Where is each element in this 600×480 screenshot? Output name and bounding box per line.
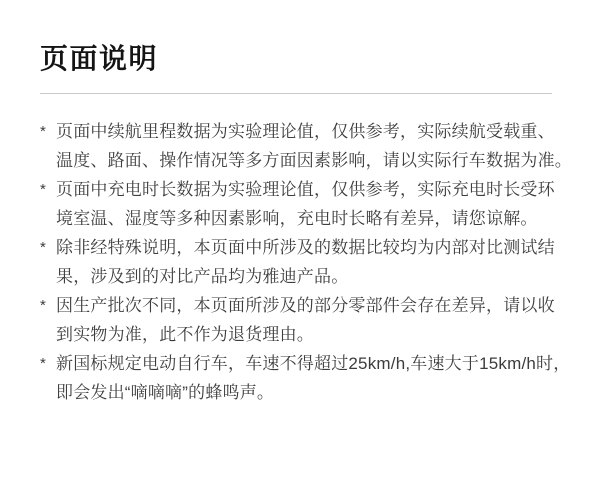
note-text: 页面中充电时长数据为实验理论值，仅供参考，实际充电时长受环 境室温、湿度等多种因… (56, 175, 556, 233)
asterisk-marker: * (40, 175, 56, 204)
note-line: 页面中续航里程数据为实验理论值，仅供参考，实际续航受载重、 (56, 117, 556, 146)
notes-list: * 页面中续航里程数据为实验理论值，仅供参考，实际续航受载重、 温度、路面、操作… (40, 117, 556, 407)
note-line: 果，涉及到的对比产品均为雅迪产品。 (56, 262, 556, 291)
asterisk-marker: * (40, 233, 56, 262)
asterisk-marker: * (40, 349, 56, 378)
note-text: 除非经特殊说明，本页面中所涉及的数据比较均为内部对比测试结 果，涉及到的对比产品… (56, 233, 556, 291)
title-divider (40, 93, 552, 94)
note-text: 因生产批次不同，本页面所涉及的部分零部件会存在差异，请以收 到实物为准，此不作为… (56, 291, 556, 349)
note-item: * 除非经特殊说明，本页面中所涉及的数据比较均为内部对比测试结 果，涉及到的对比… (40, 233, 556, 291)
note-line: 页面中充电时长数据为实验理论值，仅供参考，实际充电时长受环 (56, 175, 556, 204)
note-item: * 页面中续航里程数据为实验理论值，仅供参考，实际续航受载重、 温度、路面、操作… (40, 117, 556, 175)
note-line: 新国标规定电动自行车，车速不得超过25km/h,车速大于15km/h时， (56, 349, 556, 378)
note-line: 除非经特殊说明，本页面中所涉及的数据比较均为内部对比测试结 (56, 233, 556, 262)
note-item: * 页面中充电时长数据为实验理论值，仅供参考，实际充电时长受环 境室温、湿度等多… (40, 175, 556, 233)
note-item: * 新国标规定电动自行车，车速不得超过25km/h,车速大于15km/h时， 即… (40, 349, 556, 407)
note-item: * 因生产批次不同，本页面所涉及的部分零部件会存在差异，请以收 到实物为准，此不… (40, 291, 556, 349)
page-title: 页面说明 (40, 44, 556, 74)
asterisk-marker: * (40, 291, 56, 320)
note-text: 页面中续航里程数据为实验理论值，仅供参考，实际续航受载重、 温度、路面、操作情况… (56, 117, 556, 175)
note-line: 境室温、湿度等多种因素影响，充电时长略有差异，请您谅解。 (56, 204, 556, 233)
note-line: 因生产批次不同，本页面所涉及的部分零部件会存在差异，请以收 (56, 291, 556, 320)
asterisk-marker: * (40, 117, 56, 146)
note-line: 到实物为准，此不作为退货理由。 (56, 320, 556, 349)
note-line: 即会发出“嘀嘀嘀”的蜂鸣声。 (56, 378, 556, 407)
note-line: 温度、路面、操作情况等多方面因素影响，请以实际行车数据为准。 (56, 146, 556, 175)
page-description-panel: 页面说明 * 页面中续航里程数据为实验理论值，仅供参考，实际续航受载重、 温度、… (0, 0, 600, 480)
note-text: 新国标规定电动自行车，车速不得超过25km/h,车速大于15km/h时， 即会发… (56, 349, 556, 407)
